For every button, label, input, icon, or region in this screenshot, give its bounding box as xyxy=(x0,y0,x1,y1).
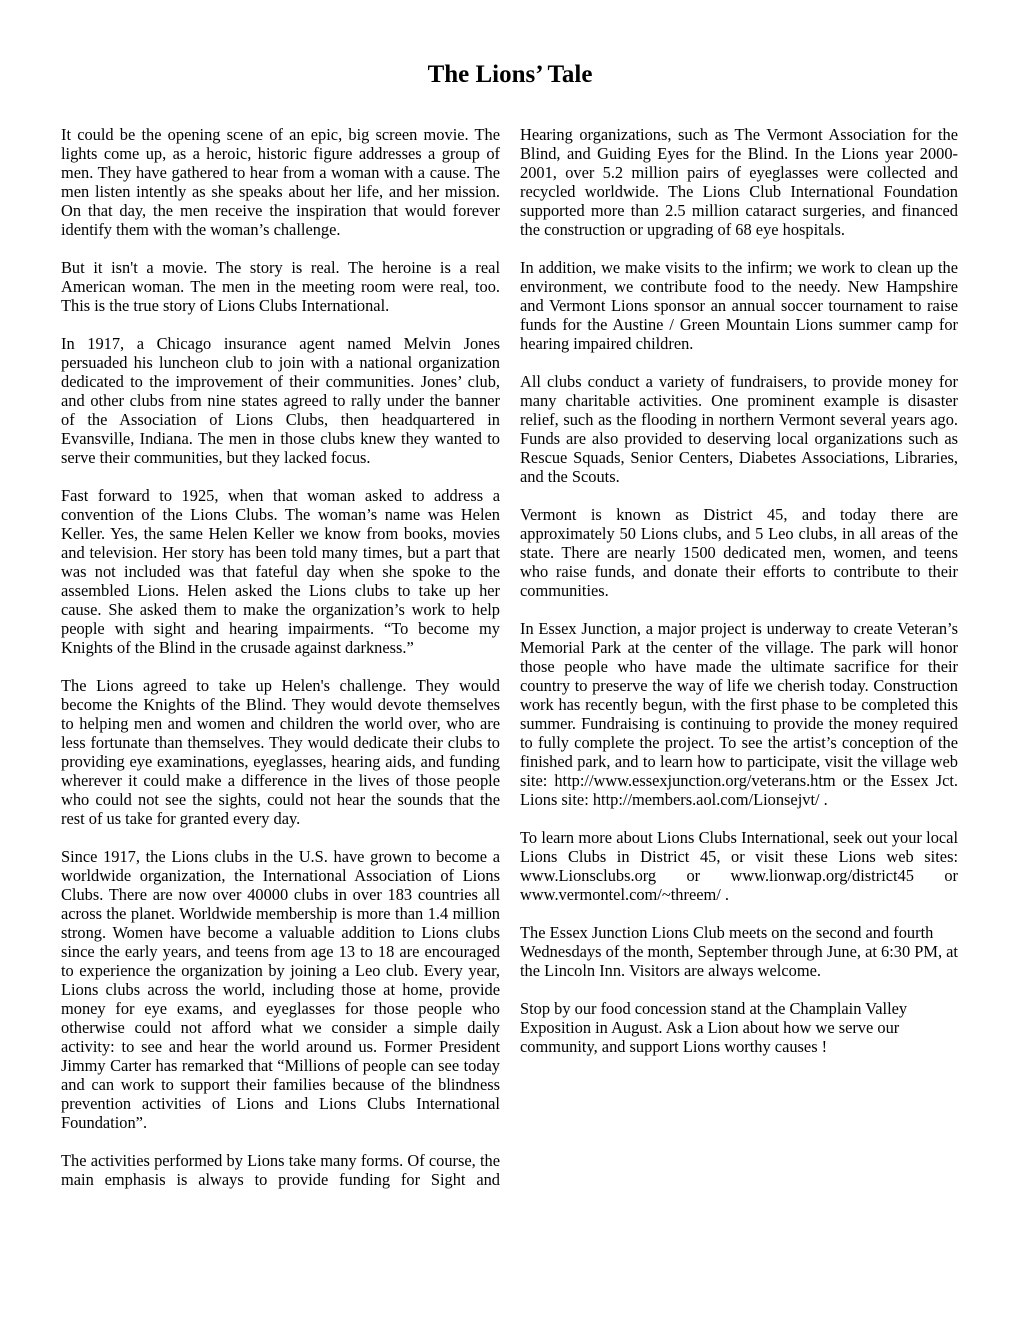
paragraph: In Essex Junction, a major project is un… xyxy=(520,619,958,809)
document-page: The Lions’ Tale It could be the opening … xyxy=(0,0,1020,1320)
paragraph: Hearing organizations, such as The Vermo… xyxy=(520,125,958,239)
paragraph: To learn more about Lions Clubs Internat… xyxy=(520,828,958,904)
paragraph: But it isn't a movie. The story is real.… xyxy=(61,258,500,315)
paragraph: In 1917, a Chicago insurance agent named… xyxy=(61,334,500,467)
paragraph: The Lions agreed to take up Helen's chal… xyxy=(61,676,500,828)
left-column: It could be the opening scene of an epic… xyxy=(61,125,500,1208)
paragraph: Fast forward to 1925, when that woman as… xyxy=(61,486,500,657)
paragraph: Vermont is known as District 45, and tod… xyxy=(520,505,958,600)
paragraph: The Essex Junction Lions Club meets on t… xyxy=(520,923,958,980)
paragraph: All clubs conduct a variety of fundraise… xyxy=(520,372,958,486)
paragraph: The activities performed by Lions take m… xyxy=(61,1151,500,1189)
page-title: The Lions’ Tale xyxy=(0,61,1020,89)
paragraph: Since 1917, the Lions clubs in the U.S. … xyxy=(61,847,500,1132)
paragraph: In addition, we make visits to the infir… xyxy=(520,258,958,353)
paragraph: Stop by our food concession stand at the… xyxy=(520,999,958,1056)
paragraph: It could be the opening scene of an epic… xyxy=(61,125,500,239)
right-column: Hearing organizations, such as The Vermo… xyxy=(520,125,958,1075)
